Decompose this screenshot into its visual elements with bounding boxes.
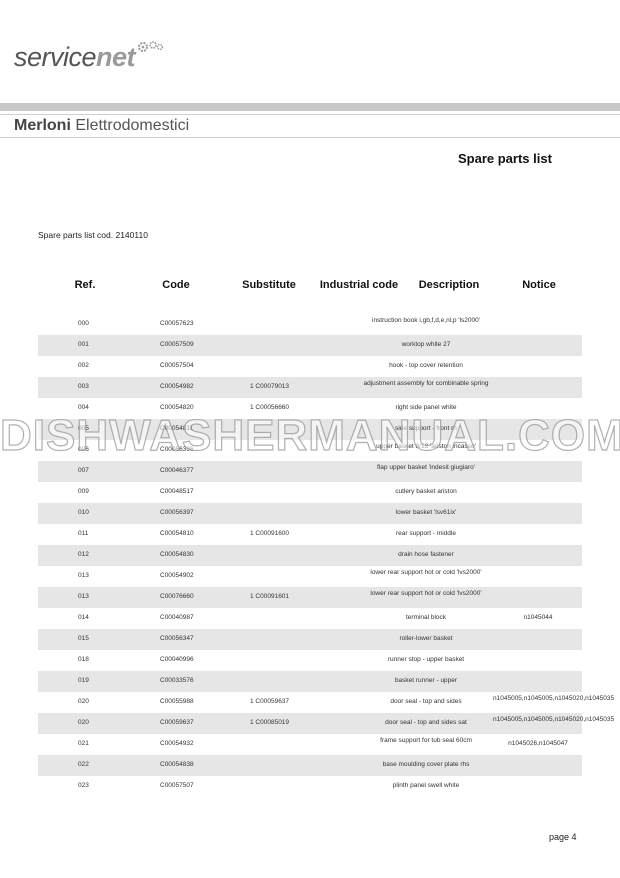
description-cell: adjustment assembly for combinable sprin… [351,380,501,387]
table-row: 013C00054902lower rear support hot or co… [38,566,582,587]
document-title: Spare parts list [458,151,552,166]
ref-cell: 006 [78,446,89,453]
ref-cell: 018 [78,656,89,663]
code-cell: C00033576 [160,677,194,684]
code-cell: C00054810 [160,530,194,537]
description-cell: runner stop - upper basket [351,656,501,663]
table-row: 020C000596371 C00085019door seal - top a… [38,713,582,734]
description-cell: drain hose fastener [351,551,501,558]
code-cell: C00056397 [160,509,194,516]
servicenet-logo: servicenet [14,44,135,71]
ref-cell: 023 [78,782,89,789]
company-name-bold: Merloni [14,117,71,134]
code-cell: C00040996 [160,656,194,663]
description-cell: rear support - middle [351,530,501,537]
table-row: 003C000549821 C00079013adjustment assemb… [38,377,582,398]
code-cell: C00057509 [160,341,194,348]
table-header: Ref. Code Substitute Industrial code Des… [0,279,620,293]
description-cell: instruction book i,gb,f,d,e,nl,p 'ls2000… [351,317,501,324]
table-row: 018C00040996runner stop - upper basket [38,650,582,671]
table-row: 020C000559881 C00059637door seal - top a… [38,692,582,713]
ref-cell: 010 [78,509,89,516]
description-cell: base moulding cover plate rhs [351,761,501,768]
table-row: 011C000548101 C00091600rear support - mi… [38,524,582,545]
description-cell: door seal - top and sides sat [351,719,501,726]
code-cell: C00054838 [160,761,194,768]
code-cell: C00059637 [160,719,194,726]
company-name: Merloni Elettrodomestici [14,117,189,135]
table-row: 010C00056397lower basket 'lsv61ix' [38,503,582,524]
description-cell: lower rear support hot or cold 'lvs2000' [351,590,501,597]
description-cell: flap upper basket 'indesit giugiaro' [351,464,501,471]
ref-cell: 013 [78,593,89,600]
description-cell: side support - front rh [351,425,501,432]
substitute-cell: 1 C00056660 [250,404,289,411]
code-cell: C00057507 [160,782,194,789]
code-cell: C00054982 [160,383,194,390]
table-row: 004C000548201 C00056660right side panel … [38,398,582,419]
code-cell: C00048517 [160,488,194,495]
header-divider-top [0,114,620,115]
code-cell: C00056396 [160,446,194,453]
description-cell: upper basket 8/12 'ariston incasso' [351,443,501,450]
ref-cell: 022 [78,761,89,768]
table-row: 009C00048517cutlery basket ariston [38,482,582,503]
table-row: 022C00054838base moulding cover plate rh… [38,755,582,776]
notice-cell: n1045026,n1045047 [493,740,583,747]
parts-table-body: 000C00057623instruction book i,gb,f,d,e,… [38,314,582,797]
description-cell: frame support for tub seal 60cm [351,737,501,744]
ref-cell: 021 [78,740,89,747]
code-cell: C00054932 [160,740,194,747]
ref-cell: 003 [78,383,89,390]
code-cell: C00055988 [160,698,194,705]
description-cell: plinth panel swell white [351,782,501,789]
column-header-notice: Notice [522,279,556,291]
code-cell: C00054902 [160,572,194,579]
company-name-rest: Elettrodomestici [75,117,189,134]
code-cell: C00054811 [160,425,193,432]
table-row: 014C00040987terminal blockn1045044 [38,608,582,629]
description-cell: roller-lower basket [351,635,501,642]
column-header-description: Description [419,279,480,291]
ref-cell: 004 [78,404,89,411]
table-row: 006C00056396upper basket 8/12 'ariston i… [38,440,582,461]
header-divider-bottom [0,137,620,138]
header-band [0,103,620,111]
table-row: 023C00057507plinth panel swell white [38,776,582,797]
table-row: 021C00054932frame support for tub seal 6… [38,734,582,755]
ref-cell: 007 [78,467,89,474]
logo-text-net: net [96,42,135,72]
gears-icon [136,40,168,56]
ref-cell: 005 [78,425,89,432]
table-row: 015C00056347roller-lower basket [38,629,582,650]
description-cell: basket runner - upper [351,677,501,684]
column-header-substitute: Substitute [242,279,296,291]
ref-cell: 020 [78,698,89,705]
code-cell: C00054830 [160,551,194,558]
logo-text-service: service [14,42,96,72]
column-header-ref: Ref. [75,279,96,291]
table-row: 001C00057509worktop white 27 [38,335,582,356]
substitute-cell: 1 C00085019 [250,719,289,726]
substitute-cell: 1 C00091601 [250,593,289,600]
ref-cell: 000 [78,320,89,327]
table-row: 002C00057504hook - top cover retention [38,356,582,377]
substitute-cell: 1 C00091600 [250,530,289,537]
ref-cell: 014 [78,614,89,621]
page-number: page 4 [549,832,577,842]
description-cell: terminal block [351,614,501,621]
code-cell: C00057623 [160,320,194,327]
ref-cell: 019 [78,677,89,684]
description-cell: lower rear support hot or cold 'lvs2000' [351,569,501,576]
code-cell: C00040987 [160,614,194,621]
code-cell: C00056347 [160,635,194,642]
code-cell: C00076660 [160,593,194,600]
ref-cell: 013 [78,572,89,579]
ref-cell: 009 [78,488,89,495]
column-header-industrial-code: Industrial code [320,279,398,291]
spare-parts-list-code: Spare parts list cod. 2140110 [38,230,148,240]
description-cell: right side panel white [351,404,501,411]
table-row: 013C000766601 C00091601lower rear suppor… [38,587,582,608]
ref-cell: 002 [78,362,89,369]
ref-cell: 015 [78,635,89,642]
notice-cell: n1045044 [493,614,583,621]
description-cell: door seal - top and sides [351,698,501,705]
ref-cell: 001 [78,341,89,348]
table-row: 019C00033576basket runner - upper [38,671,582,692]
description-cell: cutlery basket ariston [351,488,501,495]
code-cell: C00046377 [160,467,194,474]
code-cell: C00057504 [160,362,194,369]
ref-cell: 020 [78,719,89,726]
column-header-code: Code [162,279,190,291]
code-cell: C00054820 [160,404,194,411]
notice-cell: n1045005,n1045005,n1045020,n1045035 [493,695,583,702]
substitute-cell: 1 C00079013 [250,383,289,390]
description-cell: worktop white 27 [351,341,501,348]
ref-cell: 011 [78,530,88,537]
table-row: 005C00054811side support - front rh [38,419,582,440]
description-cell: hook - top cover retention [351,362,501,369]
notice-cell: n1045005,n1045005,n1045020,n1045035 [493,716,583,723]
table-row: 007C00046377flap upper basket 'indesit g… [38,461,582,482]
table-row: 012C00054830drain hose fastener [38,545,582,566]
ref-cell: 012 [78,551,89,558]
description-cell: lower basket 'lsv61ix' [351,509,501,516]
substitute-cell: 1 C00059637 [250,698,289,705]
table-row: 000C00057623instruction book i,gb,f,d,e,… [38,314,582,335]
